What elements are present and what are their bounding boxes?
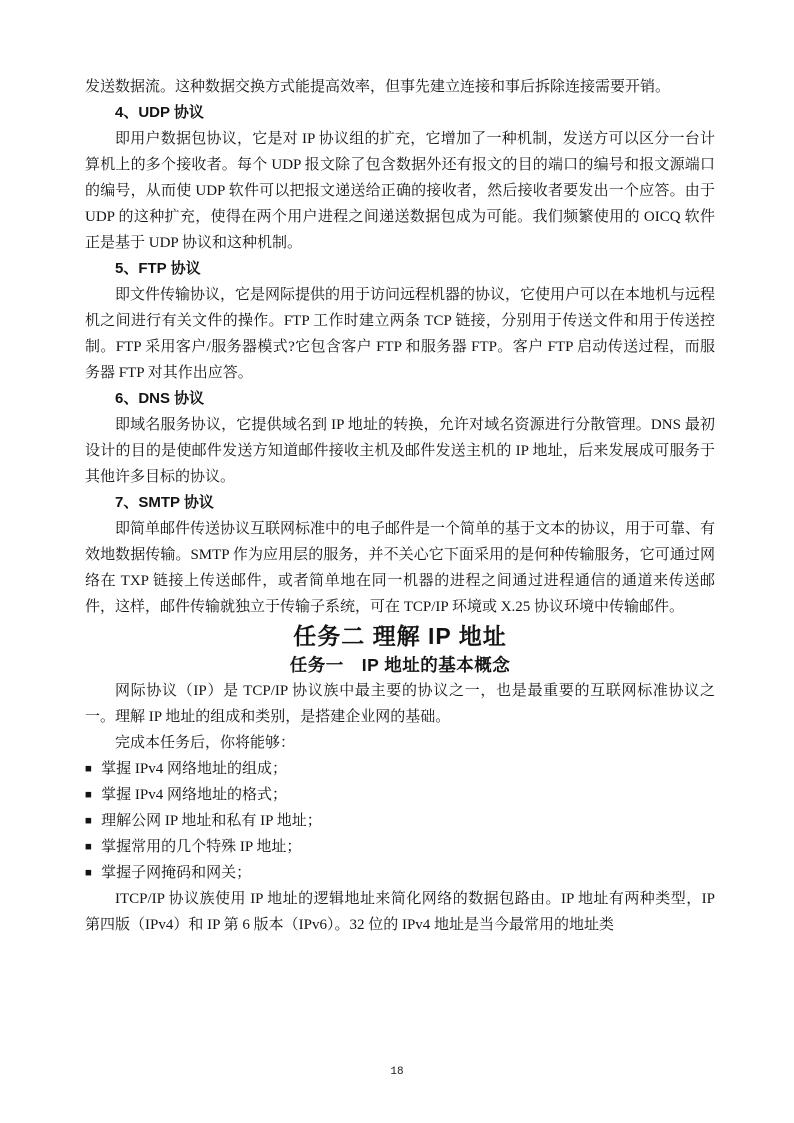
bullet-text: 掌握常用的几个特殊 IP 地址； — [101, 834, 301, 860]
bullet-item: ■掌握 IPv4 网络地址的组成； — [85, 756, 715, 782]
bullet-square-icon: ■ — [85, 782, 92, 808]
bullet-item: ■掌握子网掩码和网关； — [85, 860, 715, 886]
paragraph: ITCP/IP 协议族使用 IP 地址的逻辑地址来简化网络的数据包路由。IP 地… — [85, 886, 715, 938]
bullet-square-icon: ■ — [85, 834, 92, 860]
page-number: 18 — [390, 1066, 403, 1078]
bullet-text: 掌握 IPv4 网络地址的格式； — [101, 782, 287, 808]
bullet-item: ■理解公网 IP 地址和私有 IP 地址； — [85, 808, 715, 834]
page-footer: 18 — [0, 1065, 794, 1079]
bullet-text: 掌握 IPv4 网络地址的组成； — [101, 756, 287, 782]
bullet-square-icon: ■ — [85, 808, 92, 834]
paragraph: 即用户数据包协议，它是对 IP 协议组的扩充，它增加了一种机制，发送方可以区分一… — [85, 126, 715, 256]
paragraph: 网际协议（IP）是 TCP/IP 协议族中最主要的协议之一，也是最重要的互联网标… — [85, 678, 715, 730]
bullet-item: ■掌握 IPv4 网络地址的格式； — [85, 782, 715, 808]
bullet-text: 掌握子网掩码和网关； — [101, 860, 251, 886]
bullet-item: ■掌握常用的几个特殊 IP 地址； — [85, 834, 715, 860]
paragraph: 完成本任务后，你将能够： — [85, 730, 715, 756]
bullet-square-icon: ■ — [85, 860, 92, 886]
document-body: 发送数据流。这种数据交换方式能提高效率，但事先建立连接和事后拆除连接需要开销。4… — [85, 74, 715, 938]
document-page: 发送数据流。这种数据交换方式能提高效率，但事先建立连接和事后拆除连接需要开销。4… — [0, 0, 794, 1123]
paragraph: 即域名服务协议，它提供域名到 IP 地址的转换，允许对域名资源进行分散管理。DN… — [85, 412, 715, 490]
bullet-square-icon: ■ — [85, 756, 92, 782]
numbered-heading: 7、SMTP 协议 — [85, 490, 715, 516]
paragraph: 即简单邮件传送协议互联网标准中的电子邮件是一个简单的基于文本的协议，用于可靠、有… — [85, 516, 715, 620]
paragraph: 发送数据流。这种数据交换方式能提高效率，但事先建立连接和事后拆除连接需要开销。 — [85, 74, 715, 100]
numbered-heading: 4、UDP 协议 — [85, 100, 715, 126]
bullet-text: 理解公网 IP 地址和私有 IP 地址； — [101, 808, 322, 834]
numbered-heading: 6、DNS 协议 — [85, 386, 715, 412]
paragraph: 即文件传输协议，它是网际提供的用于访问远程机器的协议，它使用户可以在本地机与远程… — [85, 282, 715, 386]
section-title: 任务一 IP 地址的基本概念 — [85, 652, 715, 678]
chapter-title: 任务二 理解 IP 地址 — [85, 620, 715, 652]
numbered-heading: 5、FTP 协议 — [85, 256, 715, 282]
